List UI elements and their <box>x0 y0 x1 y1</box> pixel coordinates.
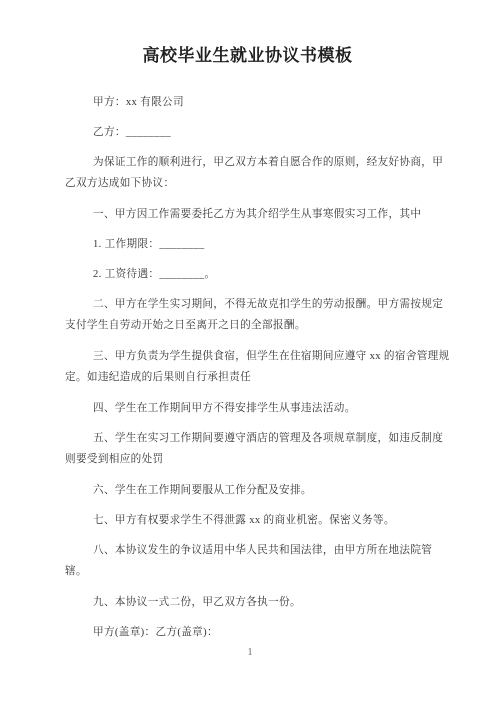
text-line: 二、甲方在学生实习期间，不得无故克扣学生的劳动报酬。甲方需按规定 <box>65 294 430 315</box>
text-line: 四、学生在工作期间甲方不得安排学生从事违法活动。 <box>65 398 430 419</box>
paragraph: 甲方：xx 有限公司 <box>65 92 430 113</box>
text-line: 为保证工作的顺利进行，甲乙双方本着自愿合作的原则，经友好协商，甲 <box>65 152 430 173</box>
text-line: 八、本协议发生的争议适用中华人民共和国法律，由甲方所在地法院管 <box>65 540 430 561</box>
paragraph: 乙方：________ <box>65 122 430 143</box>
paragraph-signature: 甲方(盖章)：乙方(盖章)： <box>65 622 430 643</box>
text-line: 六、学生在工作期间要服从工作分配及安排。 <box>65 480 430 501</box>
text-line-salary: 2. 工资待遇：________。 <box>65 264 430 285</box>
text-line-party-a: 甲方：xx 有限公司 <box>65 92 430 113</box>
paragraph-term-item-1: 1. 工作期限：________ <box>65 234 430 255</box>
paragraph-clause-6: 六、学生在工作期间要服从工作分配及安排。 <box>65 480 430 501</box>
document-title: 高校毕业生就业协议书模板 <box>65 44 430 68</box>
text-line-party-b: 乙方：________ <box>65 122 430 143</box>
paragraph-clause-3: 三、甲方负责为学生提供食宿，但学生在住宿期间应遵守 xx 的宿舍管理规 定。如违… <box>65 346 430 388</box>
text-line: 乙双方达成如下协议： <box>65 173 430 194</box>
page-number: 1 <box>0 646 500 660</box>
text-line-signature: 甲方(盖章)：乙方(盖章)： <box>65 622 430 643</box>
paragraph-clause-2: 二、甲方在学生实习期间，不得无故克扣学生的劳动报酬。甲方需按规定 支付学生自劳动… <box>65 294 430 336</box>
text-line-work-period: 1. 工作期限：________ <box>65 234 430 255</box>
paragraph-term-item-2: 2. 工资待遇：________。 <box>65 264 430 285</box>
text-line: 一、甲方因工作需要委托乙方为其介绍学生从事寒假实习工作，其中 <box>65 204 430 225</box>
document-page: 高校毕业生就业协议书模板 甲方：xx 有限公司 乙方：________ 为保证工… <box>0 0 500 707</box>
text-line: 九、本协议一式二份，甲乙双方各执一份。 <box>65 592 430 613</box>
text-line: 则要受到相应的处罚 <box>65 449 430 470</box>
paragraph-clause-5: 五、学生在实习工作期间要遵守酒店的管理及各项规章制度，如违反制度 则要受到相应的… <box>65 428 430 470</box>
paragraph-preamble: 为保证工作的顺利进行，甲乙双方本着自愿合作的原则，经友好协商，甲 乙双方达成如下… <box>65 152 430 194</box>
text-line: 三、甲方负责为学生提供食宿，但学生在住宿期间应遵守 xx 的宿舍管理规 <box>65 346 430 367</box>
paragraph-clause-8: 八、本协议发生的争议适用中华人民共和国法律，由甲方所在地法院管 辖。 <box>65 540 430 582</box>
text-line: 七、甲方有权要求学生不得泄露 xx 的商业机密。保密义务等。 <box>65 510 430 531</box>
paragraph-clause-9: 九、本协议一式二份，甲乙双方各执一份。 <box>65 592 430 613</box>
text-line: 定。如违纪造成的后果则自行承担责任 <box>65 367 430 388</box>
paragraph-clause-1: 一、甲方因工作需要委托乙方为其介绍学生从事寒假实习工作，其中 <box>65 204 430 225</box>
paragraph-clause-7: 七、甲方有权要求学生不得泄露 xx 的商业机密。保密义务等。 <box>65 510 430 531</box>
paragraph-clause-4: 四、学生在工作期间甲方不得安排学生从事违法活动。 <box>65 398 430 419</box>
text-line: 五、学生在实习工作期间要遵守酒店的管理及各项规章制度，如违反制度 <box>65 428 430 449</box>
text-line: 支付学生自劳动开始之日至离开之日的全部报酬。 <box>65 315 430 336</box>
text-line: 辖。 <box>65 561 430 582</box>
